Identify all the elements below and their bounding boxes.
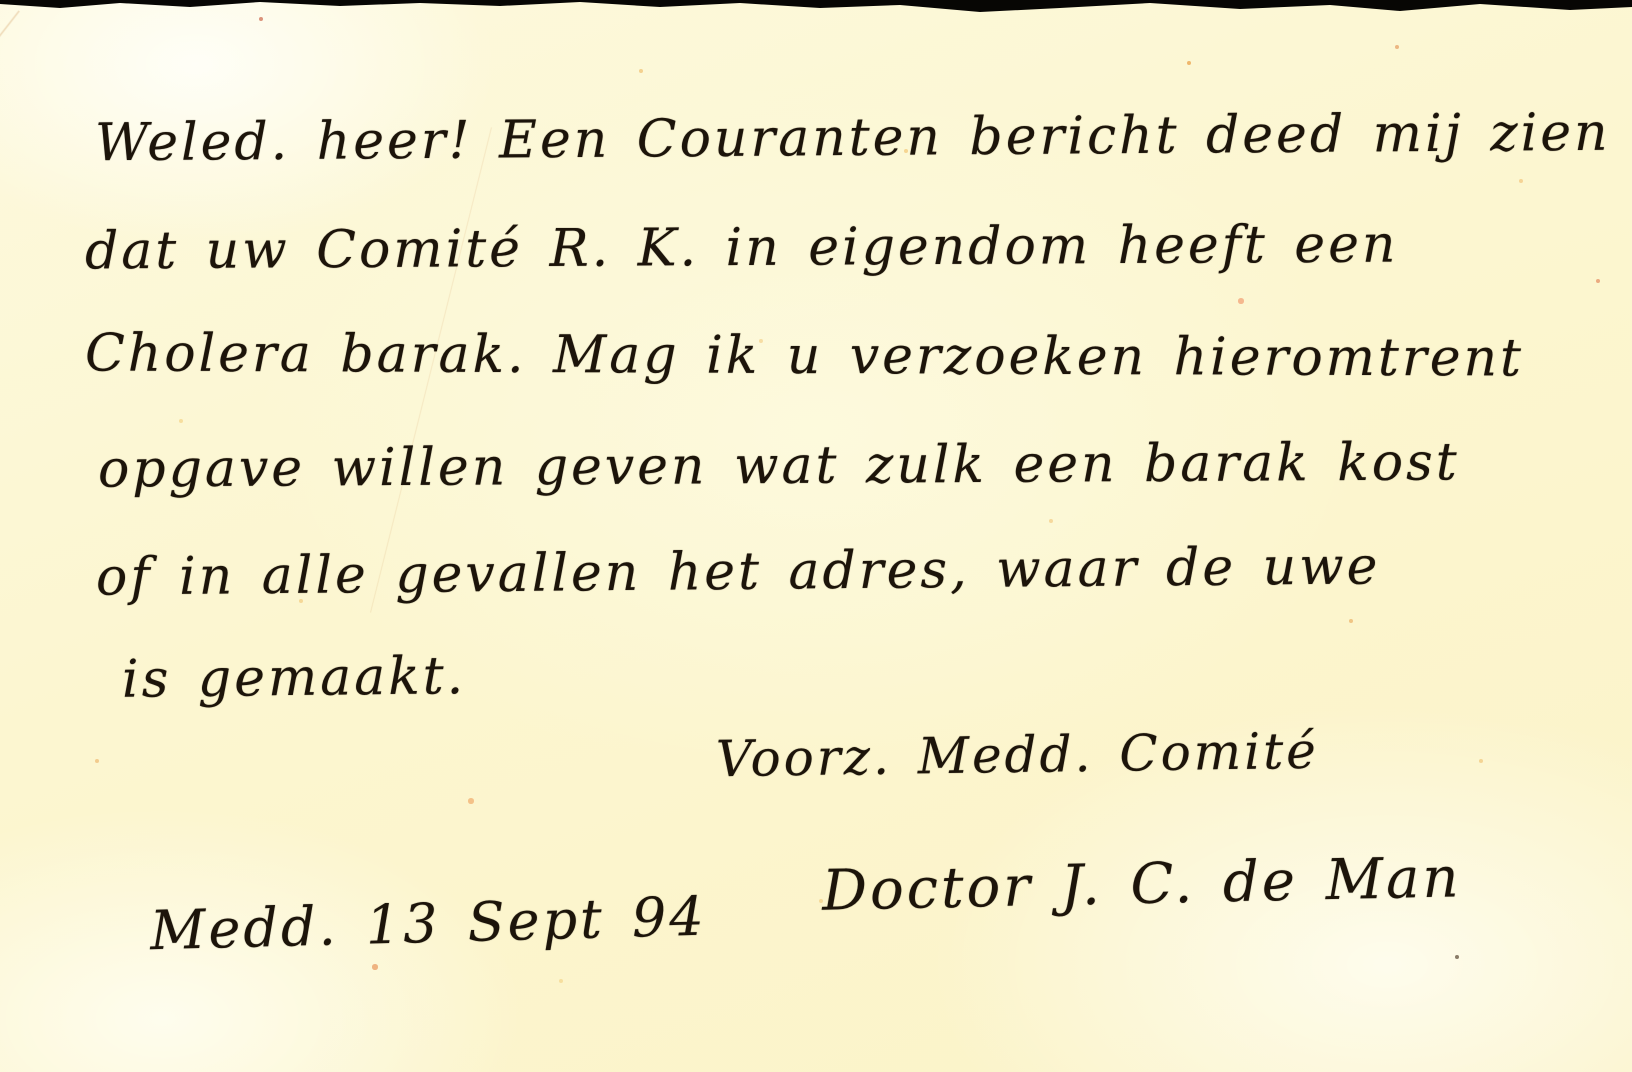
signature: Doctor J. C. de Man xyxy=(821,845,1462,923)
letter-line-salutation: Weled. heer! Een Couranten bericht deed … xyxy=(95,103,1611,174)
letter-line: Cholera barak. Mag ik u verzoeken hierom… xyxy=(85,323,1524,388)
letter-scan: Weled. heer! Een Couranten bericht deed … xyxy=(0,0,1632,1072)
letter-line: is gemaakt. xyxy=(122,646,467,710)
letter-line: dat uw Comité R. K. in eigendom heeft ee… xyxy=(85,215,1399,282)
letter-line: opgave willen geven wat zulk een barak k… xyxy=(98,432,1460,499)
letter-closing: Voorz. Medd. Comité xyxy=(716,722,1320,788)
foxing-specks xyxy=(0,0,2,2)
letter-line: of in alle gevallen het adres, waar de u… xyxy=(96,536,1381,607)
